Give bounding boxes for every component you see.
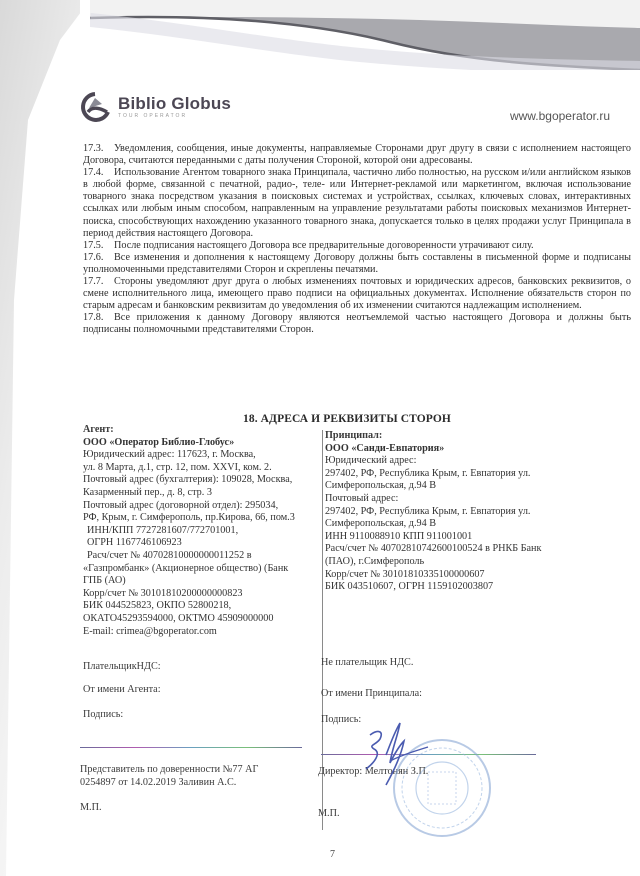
agent-signature-label: Подпись:	[83, 709, 123, 720]
clause-17-3: 17.3.Уведомления, сообщения, иные докуме…	[83, 143, 631, 167]
clause-17-8: 17.8.Все приложения к данному Договору я…	[83, 312, 631, 336]
clause-17-6: 17.6.Все изменения и дополнения к настоя…	[83, 252, 631, 276]
agent-line: Расч/счет № 40702810000000011252 в	[83, 550, 319, 563]
agent-line: ул. 8 Марта, д.1, стр. 12, пом. XXVI, ко…	[83, 462, 319, 475]
agent-line: «Газпромбанк» (Акционерное общество) (Ба…	[83, 563, 319, 576]
principal-company-name: ООО «Санди-Евпатория»	[325, 443, 625, 456]
contract-clauses: 17.3.Уведомления, сообщения, иные докуме…	[83, 143, 631, 337]
globe-logo-icon	[78, 90, 112, 124]
principal-line: Юридический адрес:	[325, 455, 625, 468]
agent-email: E-mail: crimea@bgoperator.com	[83, 626, 319, 639]
agent-label: Агент:	[83, 424, 319, 437]
agent-vat-status: ПлательщикНДС:	[83, 661, 161, 672]
biblio-globus-logo: Biblio Globus TOUR OPERATOR	[78, 90, 231, 124]
principal-on-behalf: От имени Принципала:	[321, 688, 422, 699]
agent-line: БИК 044525823, ОКПО 52800218,	[83, 600, 319, 613]
agent-on-behalf: От имени Агента:	[83, 684, 161, 695]
agent-line: РФ, Крым, г. Симферополь, пр.Кирова, 66,…	[83, 512, 319, 525]
principal-details: Принципал: ООО «Санди-Евпатория» Юридиче…	[325, 430, 625, 594]
agent-line: Корр/счет № 30101810200000000823	[83, 588, 319, 601]
agent-line: ГПБ (АО)	[83, 575, 319, 588]
principal-line: Расч/счет № 40702810742600100524 в РНКБ …	[325, 543, 625, 556]
agent-line: Казарменный пер., д. 8, стр. 3	[83, 487, 319, 500]
clause-17-5: 17.5.После подписания настоящего Договор…	[83, 240, 631, 252]
agent-line: ОГРН 1167746106923	[83, 537, 319, 550]
agent-details: Агент: ООО «Оператор Библио-Глобус» Юрид…	[83, 424, 319, 638]
agent-representative-details: 0254897 от 14.02.2019 Заливин А.С.	[80, 777, 236, 788]
agent-line: Почтовый адрес (договорной отдел): 29503…	[83, 500, 319, 513]
principal-seal-mark: М.П.	[318, 808, 340, 819]
principal-line: Почтовый адрес:	[325, 493, 625, 506]
agent-company-name: ООО «Оператор Библио-Глобус»	[83, 437, 319, 450]
header-wave-decoration	[90, 0, 640, 70]
principal-line: Симферопольская, д.94 В	[325, 518, 625, 531]
principal-line: 297402, РФ, Республика Крым, г. Евпатори…	[325, 506, 625, 519]
logo-subtitle: TOUR OPERATOR	[118, 113, 231, 120]
agent-line: ИНН/КПП 7727281607/772701001,	[83, 525, 319, 538]
principal-line: (ПАО), г.Симферополь	[325, 556, 625, 569]
agent-signature-line	[80, 747, 302, 748]
principal-line: 297402, РФ, Республика Крым, г. Евпатори…	[325, 468, 625, 481]
website-url[interactable]: www.bgoperator.ru	[510, 109, 610, 123]
agent-line: Юридический адрес: 117623, г. Москва,	[83, 449, 319, 462]
principal-line: ИНН 9110088910 КПП 911001001	[325, 531, 625, 544]
principal-label: Принципал:	[325, 430, 625, 443]
logo-name: Biblio Globus	[118, 95, 231, 113]
principal-signature-label: Подпись:	[321, 714, 361, 725]
principal-vat-status: Не плательщик НДС.	[321, 657, 413, 668]
agent-seal-mark: М.П.	[80, 802, 102, 813]
agent-line: ОКАТО45293594000, ОКТМО 45909000000	[83, 613, 319, 626]
page-number: 7	[330, 849, 335, 860]
agent-representative: Представитель по доверенности №77 АГ	[80, 764, 258, 775]
page-fold-shadow	[0, 0, 80, 876]
clause-17-4: 17.4.Использование Агентом товарного зна…	[83, 167, 631, 240]
principal-line: БИК 043510607, ОГРН 1159102003807	[325, 581, 625, 594]
principal-line: Корр/счет № 30101810335100000607	[325, 569, 625, 582]
director-signature-icon	[360, 715, 430, 790]
principal-line: Симферопольская, д.94 В	[325, 480, 625, 493]
agent-line: Почтовый адрес (бухгалтерия): 109028, Мо…	[83, 474, 319, 487]
clause-17-7: 17.7.Стороны уведомляют друг друга о люб…	[83, 276, 631, 312]
